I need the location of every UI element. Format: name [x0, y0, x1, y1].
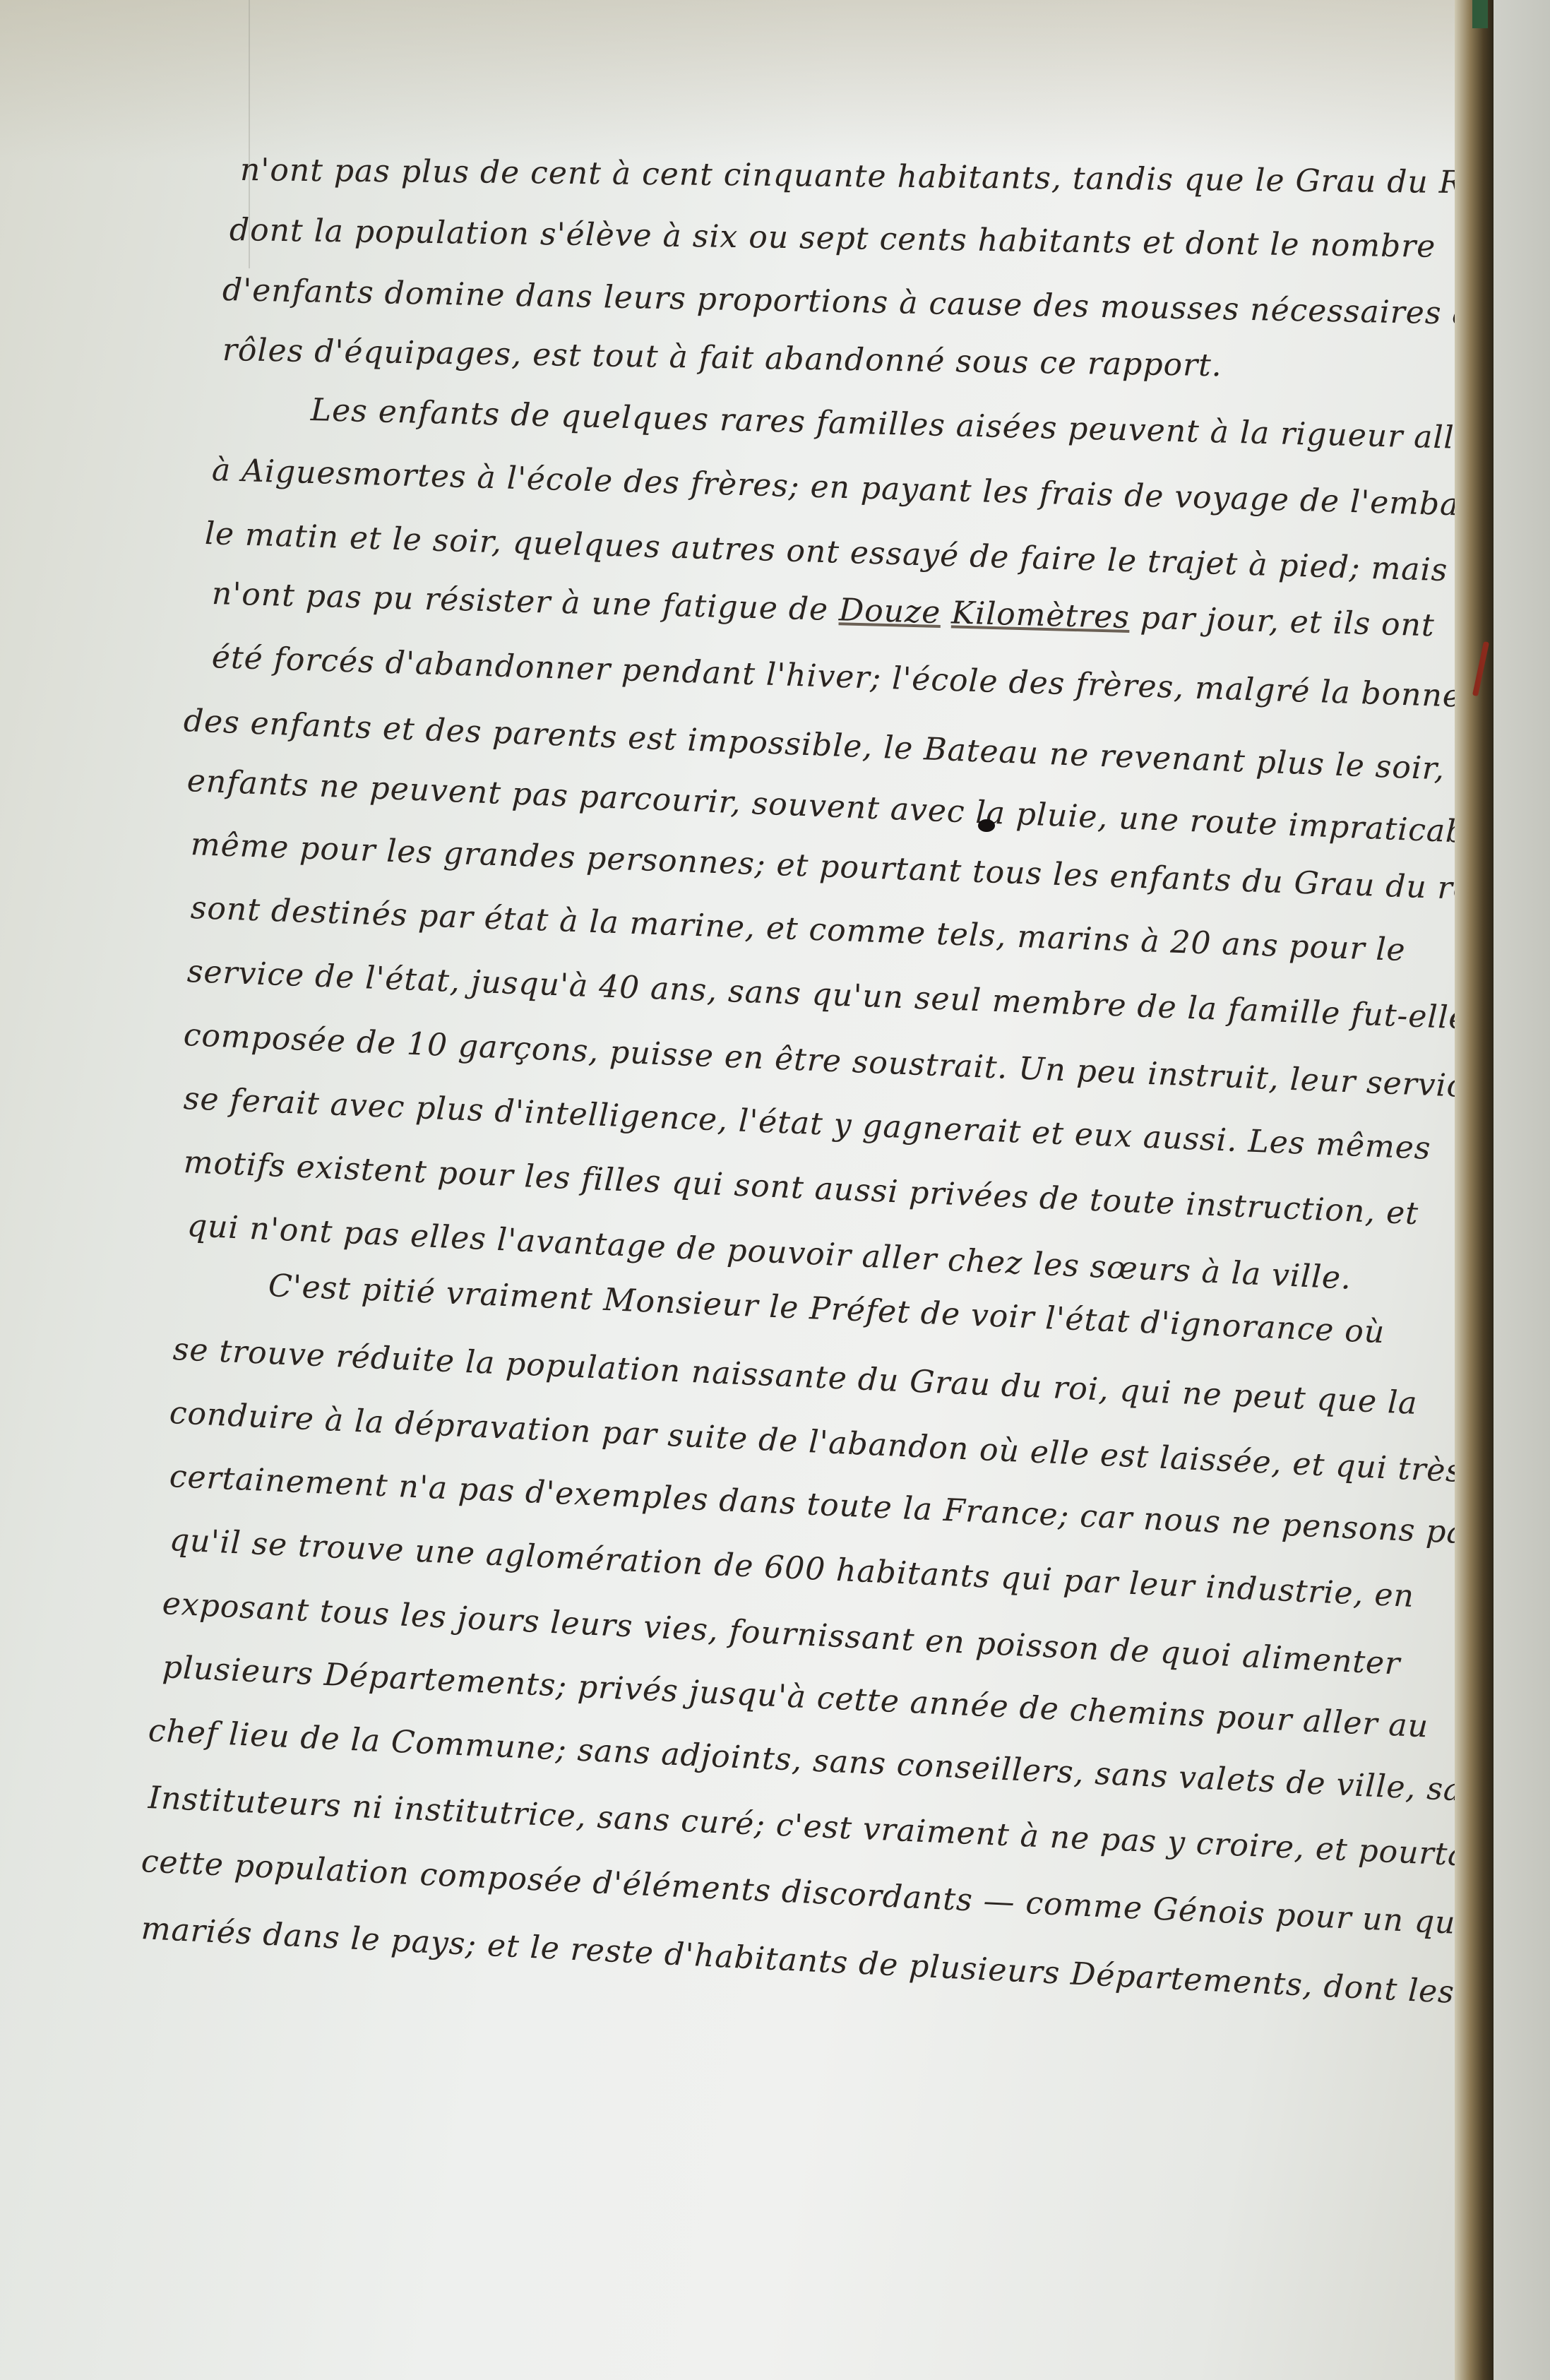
letter-text: n'ont pas plus de cent à cent cinquante … — [0, 0, 1455, 2380]
adjacent-page — [1494, 0, 1550, 2380]
manuscript-page: n'ont pas plus de cent à cent cinquante … — [0, 0, 1476, 2380]
text-line: d'enfants domine dans leurs proportions … — [222, 272, 1511, 333]
text-line: sont destinés par état à la marine, et c… — [190, 890, 1406, 968]
book-binding — [1455, 0, 1494, 2380]
underlined-word: Douze — [838, 592, 941, 631]
text-line: dont la population s'élève à six ou sept… — [229, 212, 1436, 265]
text-line: été forcés d'abandonner pendant l'hiver;… — [211, 639, 1550, 718]
text-line: Les enfants de quelques rares familles a… — [310, 392, 1489, 457]
text-line: n'ont pas plus de cent à cent cinquante … — [240, 152, 1494, 201]
ink-blot — [978, 819, 995, 832]
text-line: le matin et le soir, quelques autres ont… — [204, 516, 1496, 590]
text-line: rôles d'équipages, est tout à fait aband… — [222, 332, 1223, 383]
text-segment: n'ont pas pu résister à une fatigue de — [211, 576, 839, 628]
text-line: service de l'état, jusqu'à 40 ans, sans … — [186, 953, 1468, 1036]
underlined-word: Kilomètres — [951, 595, 1131, 636]
text-segment: par jour, et ils ont — [1129, 600, 1435, 643]
binding-ribbon — [1472, 0, 1488, 28]
text-line: n'ont pas pu résister à une fatigue de D… — [211, 576, 1435, 643]
text-line: à Aiguesmortes à l'école des frères; en … — [211, 452, 1550, 526]
